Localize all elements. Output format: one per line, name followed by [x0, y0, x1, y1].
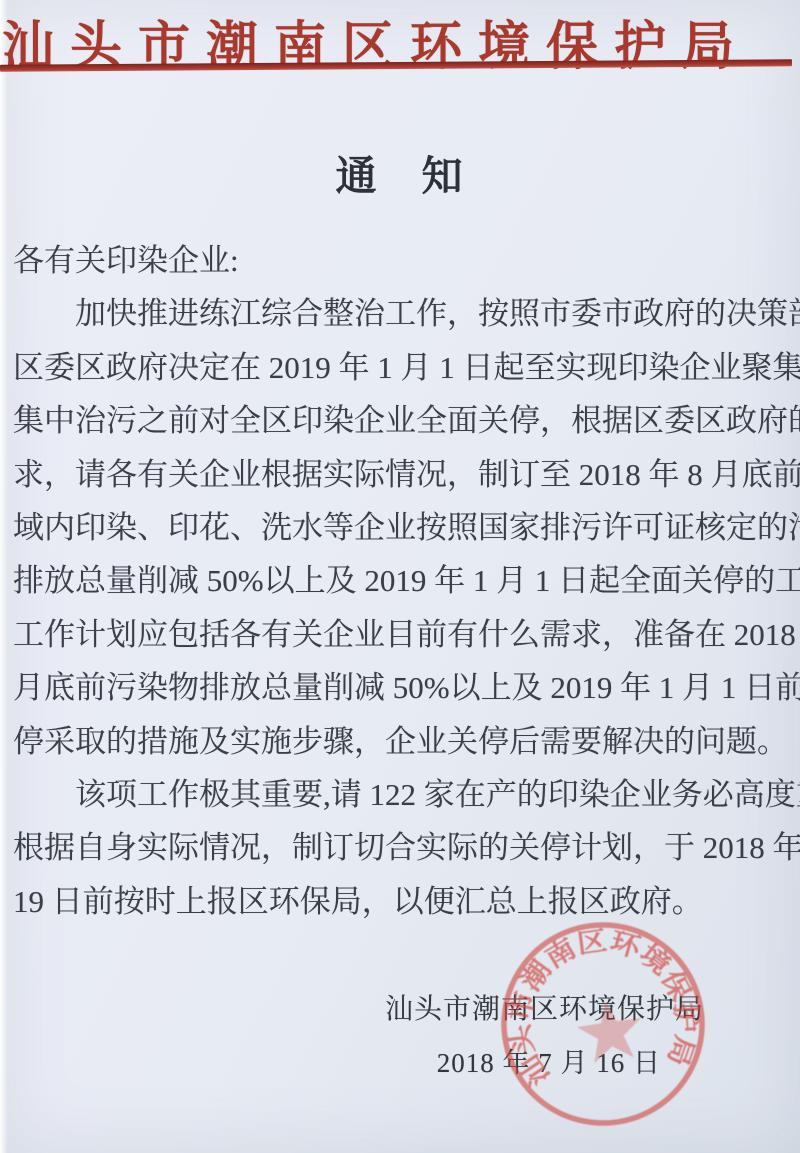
body-line: 求，请各有关企业根据实际情况，制订至 2018 年 8 月底前，流 [13, 448, 771, 501]
body-line: 加快推进练江综合整治工作，按照市委市政府的决策部署， [13, 287, 771, 340]
body-line: 该项工作极其重要,请 122 家在产的印染企业务必高度重视， [13, 768, 771, 821]
paragraphs: 加快推进练江综合整治工作，按照市委市政府的决策部署，区委区政府决定在 2019 … [13, 287, 771, 928]
signature-bureau: 汕头市潮南区环境保护局 [0, 987, 800, 1027]
body-line: 工作计划应包括各有关企业目前有什么需求，准备在 2018 年 8 [13, 608, 771, 661]
notice-body: 各有关印染企业: 加快推进练江综合整治工作，按照市委市政府的决策部署，区委区政府… [13, 234, 771, 928]
body-line: 集中治污之前对全区印染企业全面关停，根据区委区政府的要 [13, 394, 771, 447]
body-line: 域内印染、印花、洗水等企业按照国家排污许可证核定的污染物 [13, 501, 771, 554]
body-line: 根据自身实际情况，制订切合实际的关停计划，于 2018 年 7 月 [13, 821, 771, 874]
body-line: 排放总量削减 50%以上及 2019 年 1 月 1 日起全面关停的工作计划， [13, 554, 771, 607]
body-line: 月底前污染物排放总量削减 50%以上及 2019 年 1 月 1 日前落实关 [13, 661, 771, 714]
notice-title: 通 知 [0, 143, 800, 202]
body-line: 19 日前按时上报区环保局，以便汇总上报区政府。 [13, 875, 771, 928]
body-line: 停采取的措施及实施步骤，企业关停后需要解决的问题。 [13, 715, 771, 768]
body-line: 区委区政府决定在 2019 年 1 月 1 日起至实现印染企业聚集入园、 [13, 341, 771, 394]
scanned-notice-page: 汕头市潮南区环境保护局 通 知 各有关印染企业: 加快推进练江综合整治工作，按照… [0, 0, 800, 1153]
salutation: 各有关印染企业: [13, 234, 771, 287]
signature-date: 2018 年 7 月 16 日 [0, 1041, 800, 1080]
